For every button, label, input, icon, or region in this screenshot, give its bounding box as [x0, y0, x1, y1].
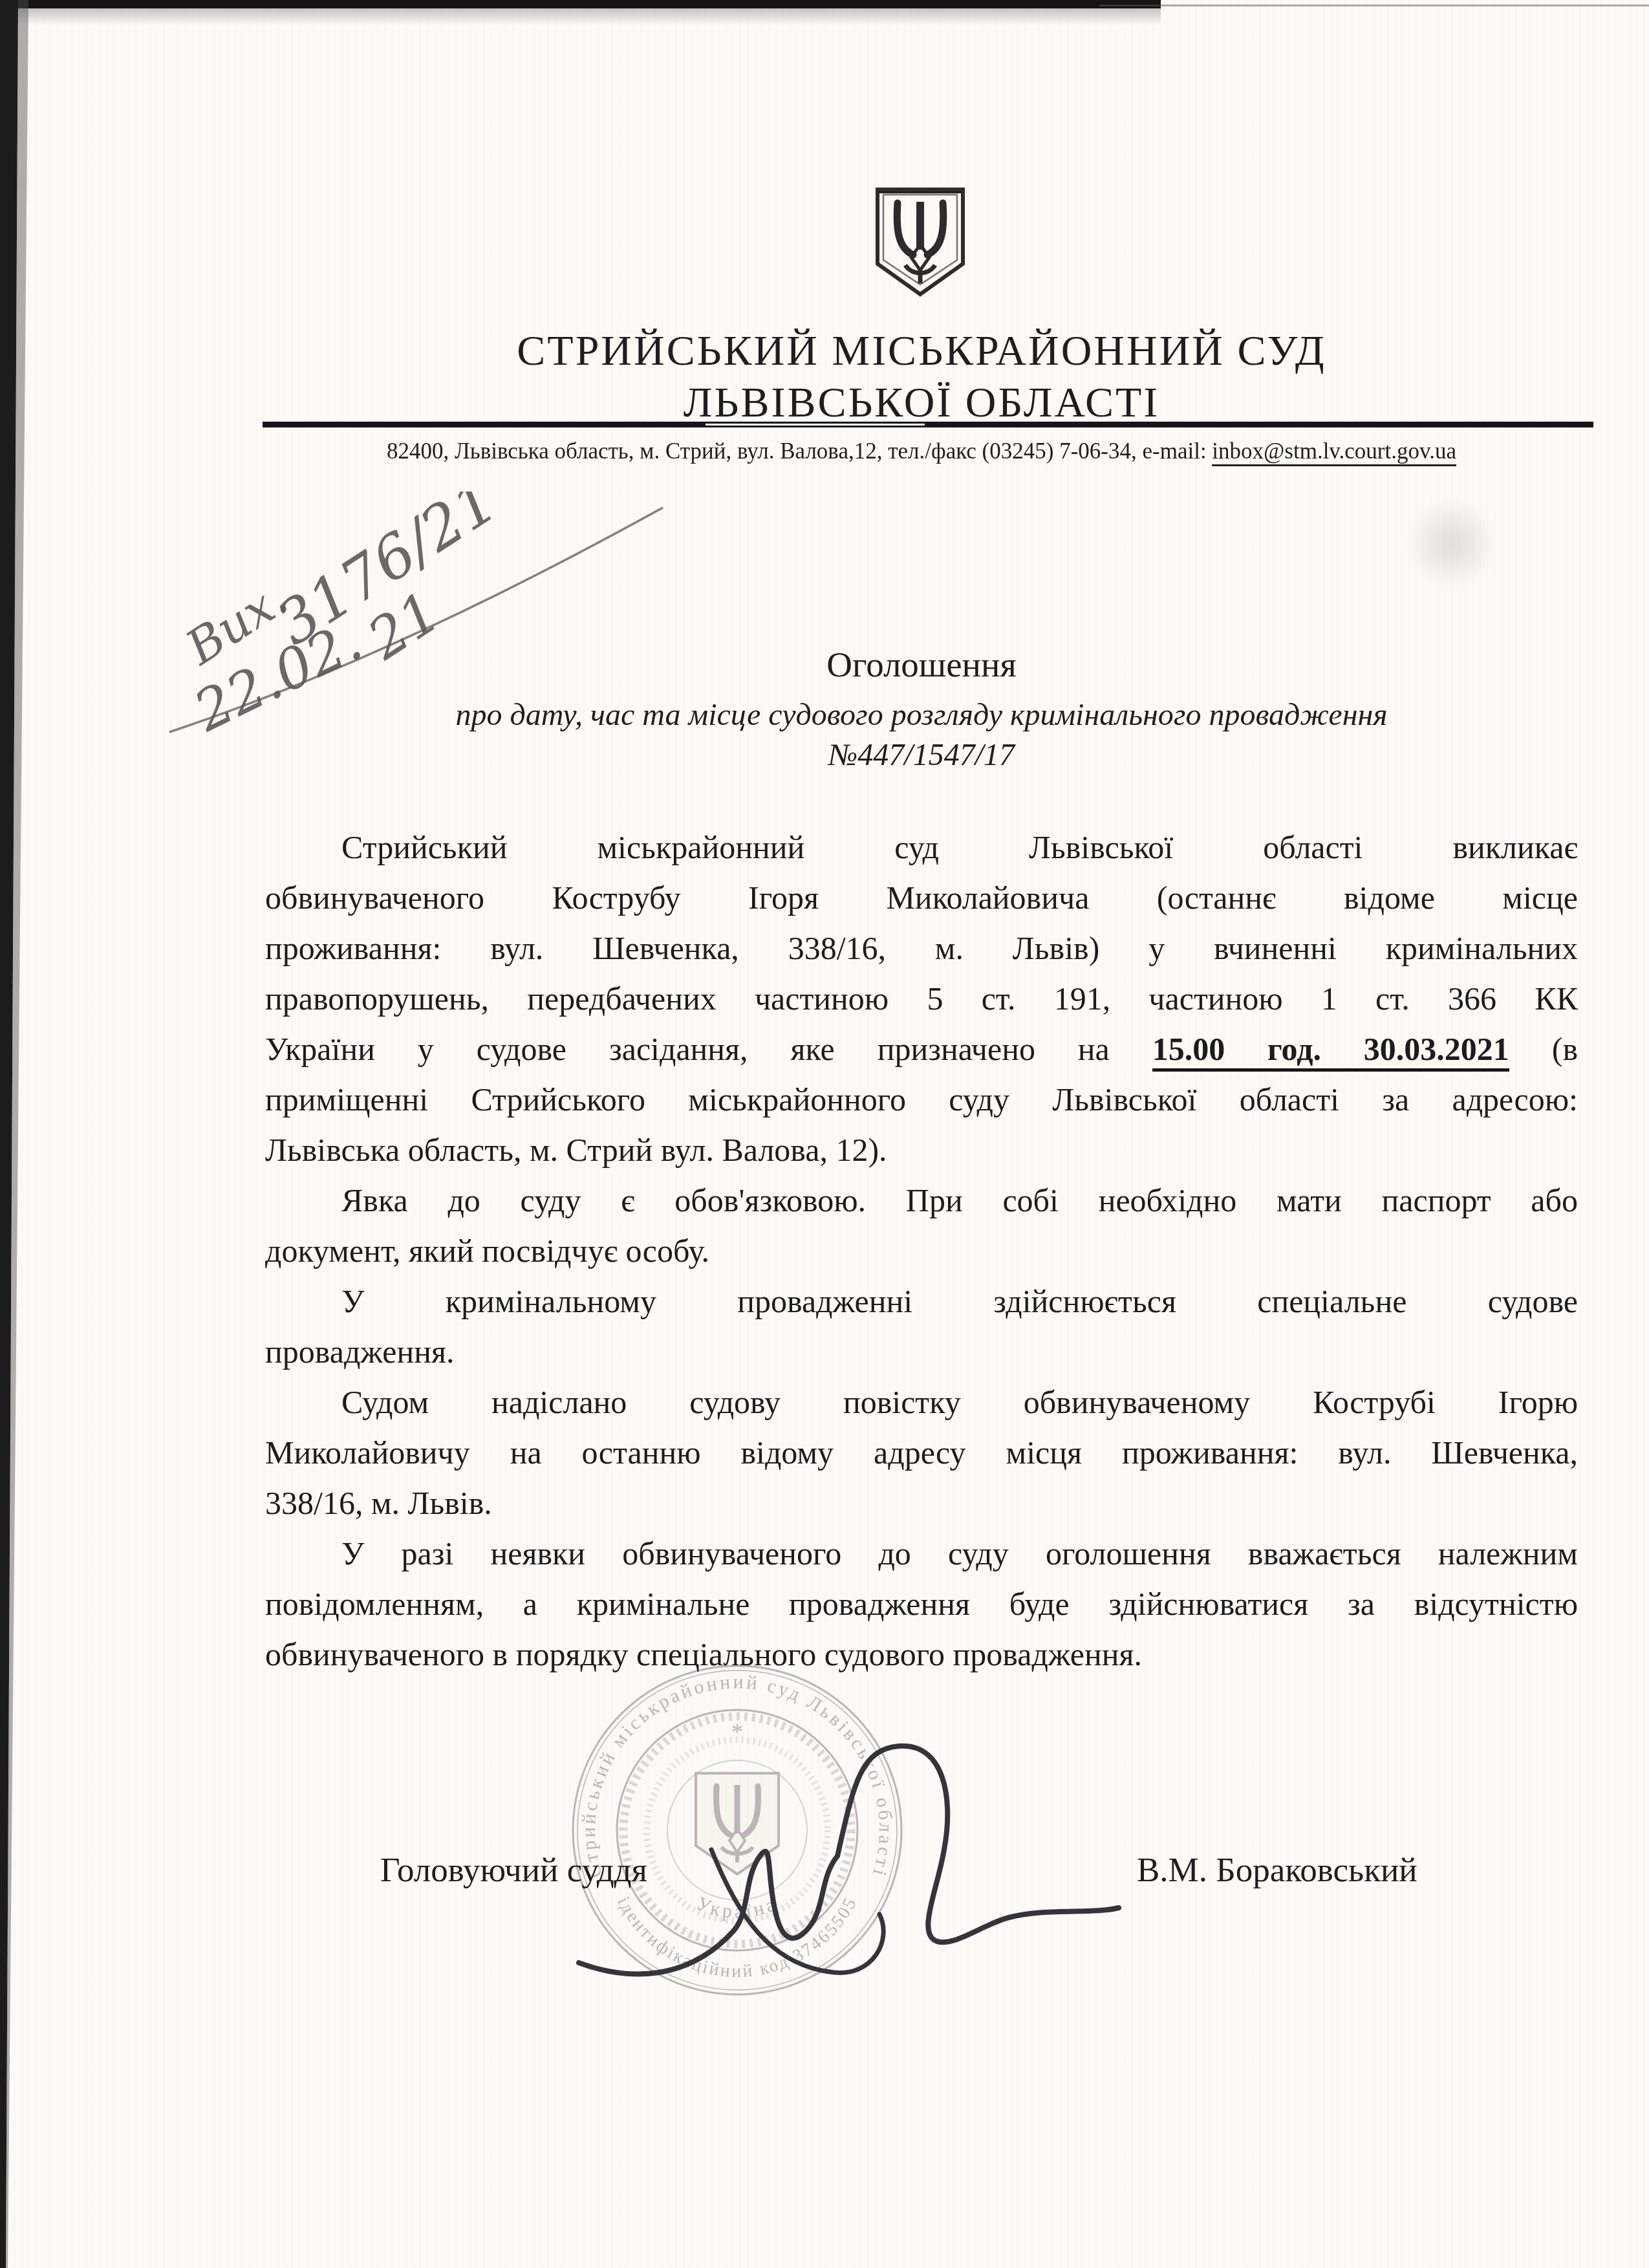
- body-line: Стрийський міськрайонний суд Львівської …: [265, 822, 1578, 872]
- body-line: проживання: вул. Шевченка, 338/16, м. Ль…: [265, 923, 1578, 973]
- body-line: Явка до суду є обов'язковою. При собі не…: [265, 1175, 1578, 1226]
- body-text: провадження.: [265, 1334, 454, 1370]
- body-text: (в: [1509, 1031, 1578, 1067]
- body-line: 338/16, м. Львів.: [265, 1478, 1578, 1528]
- body-text: У разі неявки обвинуваченого до суду ого…: [341, 1535, 1578, 1571]
- body-text: Миколайовичу на останню відому адресу мі…: [265, 1434, 1578, 1471]
- body-text: повідомленням, а кримінальне провадження…: [265, 1586, 1578, 1622]
- body-line: повідомленням, а кримінальне провадження…: [265, 1579, 1578, 1629]
- body-line: приміщенні Стрийського міськрайонного су…: [265, 1074, 1578, 1125]
- body-line: України у судове засідання, яке призначе…: [265, 1024, 1578, 1074]
- hearing-datetime-highlight: 15.00 год. 30.03.2021: [1152, 1031, 1509, 1072]
- handwritten-registration-note: Вих. 3176/21 22.02. 21: [129, 491, 711, 763]
- body-text: обвинуваченого Кострубу Ігоря Миколайови…: [265, 880, 1578, 916]
- scanned-court-document: СТРИЙСЬКИЙ МІСЬКРАЙОННИЙ СУД ЛЬВІВСЬКОЇ …: [0, 0, 1649, 2268]
- body-text: Явка до суду є обов'язковою. При собі не…: [341, 1182, 1578, 1218]
- body-line: У кримінальному провадженні здійснюється…: [265, 1276, 1578, 1326]
- body-text: приміщенні Стрийського міськрайонного су…: [265, 1081, 1578, 1118]
- court-email: inbox@stm.lv.court.gov.ua: [1212, 438, 1456, 466]
- body-text: правопорушень, передбачених частиною 5 с…: [265, 980, 1578, 1017]
- body-text: Стрийський міськрайонний суд Львівської …: [341, 829, 1578, 865]
- body-line: Судом надіслано судову повістку обвинува…: [265, 1377, 1578, 1427]
- ukraine-trident-emblem-icon: [874, 186, 966, 297]
- court-address-text: 82400, Львівська область, м. Стрий, вул.…: [387, 438, 1212, 464]
- body-line: обвинуваченого Кострубу Ігоря Миколайови…: [265, 872, 1578, 923]
- scan-edge-top-shadow: [0, 8, 1161, 25]
- court-address-line: 82400, Львівська область, м. Стрий, вул.…: [265, 438, 1578, 464]
- body-text: 338/16, м. Львів.: [265, 1485, 492, 1521]
- scan-smudge: [1410, 488, 1494, 598]
- body-text: України у судове засідання, яке призначе…: [265, 1031, 1152, 1067]
- body-text: проживання: вул. Шевченка, 338/16, м. Ль…: [265, 930, 1578, 966]
- body-text: Судом надіслано судову повістку обвинува…: [341, 1384, 1578, 1420]
- scan-edge-top: [0, 0, 1161, 8]
- scan-edge-left-band: [0, 0, 39, 2268]
- header-rule: [263, 422, 1593, 427]
- body-text: У кримінальному провадженні здійснюється…: [341, 1283, 1578, 1319]
- court-name-line2: ЛЬВІВСЬКОЇ ОБЛАСТІ: [265, 378, 1578, 427]
- body-line: У разі неявки обвинуваченого до суду ого…: [265, 1528, 1578, 1579]
- document-body: Стрийський міськрайонний суд Львівської …: [265, 822, 1578, 1679]
- court-name-line1: СТРИЙСЬКИЙ МІСЬКРАЙОННИЙ СУД: [265, 327, 1578, 376]
- body-text: Львівська область, м. Стрий вул. Валова,…: [265, 1132, 887, 1168]
- body-line: Миколайовичу на останню відому адресу мі…: [265, 1427, 1578, 1478]
- judge-name: В.М. Бораковський: [1137, 1851, 1417, 1890]
- body-line: провадження.: [265, 1326, 1578, 1377]
- body-line: обвинуваченого в порядку спеціального су…: [265, 1629, 1578, 1679]
- judge-signature: [550, 1694, 1164, 1998]
- body-line: Львівська область, м. Стрий вул. Валова,…: [265, 1125, 1578, 1175]
- header-rule-gap: [706, 424, 925, 426]
- body-text: документ, який посвідчує особу.: [265, 1233, 709, 1269]
- body-line: правопорушень, передбачених частиною 5 с…: [265, 973, 1578, 1024]
- scan-edge-top-right-line: [1099, 5, 1649, 6]
- body-line: документ, який посвідчує особу.: [265, 1226, 1578, 1276]
